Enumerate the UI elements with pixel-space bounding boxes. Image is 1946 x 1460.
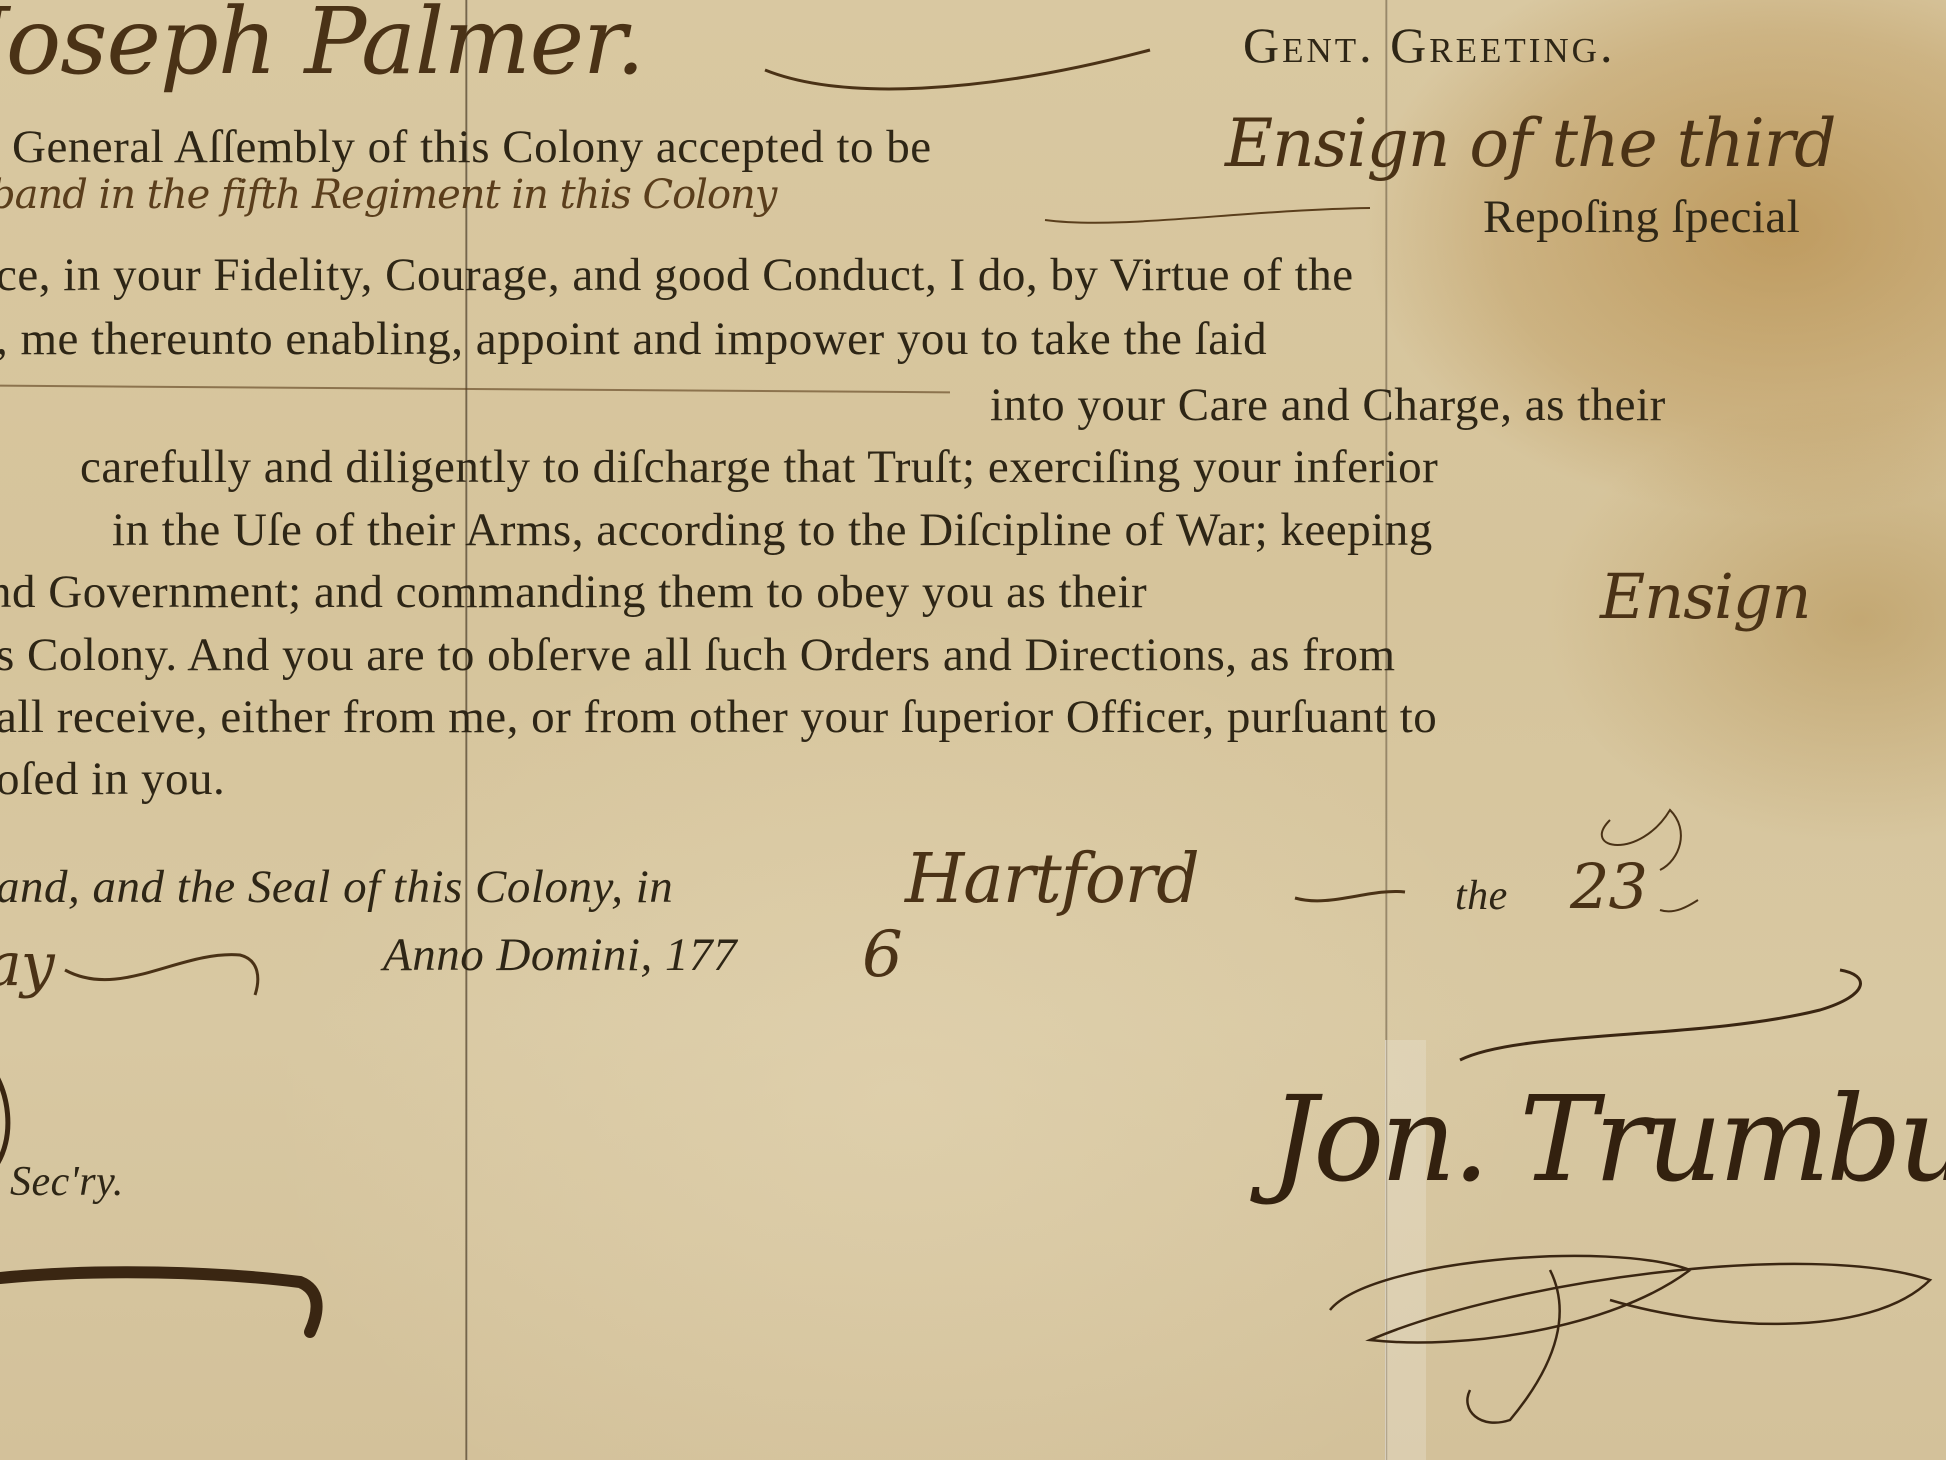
- commission-document: Joseph Palmer. Gent. Greeting. General A…: [0, 0, 1946, 1460]
- month-fragment-handwritten: ay: [0, 930, 54, 1000]
- printed-line-8: nd Government; and commanding them to ob…: [0, 565, 1147, 619]
- the-printed: the: [1455, 872, 1508, 920]
- recipient-name-handwritten: Joseph Palmer.: [0, 0, 644, 95]
- place-flourish-icon: [1290, 880, 1410, 910]
- anno-domini-printed: Anno Domini, 177: [383, 928, 737, 982]
- signature-paraph-flourish-icon: [1310, 1220, 1946, 1440]
- printed-line-10: all receive, either from me, or from oth…: [0, 690, 1437, 744]
- printed-line-6: carefully and diligently to diſcharge th…: [80, 440, 1438, 494]
- printed-line-5: into your Care and Charge, as their: [990, 378, 1666, 432]
- printed-line-3: ce, in your Fidelity, Courage, and good …: [0, 248, 1354, 302]
- ensign-handwritten: Ensign: [1600, 560, 1810, 633]
- gent-greeting-heading: Gent. Greeting.: [1243, 16, 1615, 74]
- printed-line-9: s Colony. And you are to obſerve all ſuc…: [0, 628, 1396, 682]
- printed-line-2: Repoſing ſpecial: [1483, 190, 1800, 244]
- rank-handwritten-line1: Ensign of the third: [1225, 105, 1836, 182]
- blank-fill-rule: [0, 385, 950, 394]
- secretary-label: Sec'ry.: [10, 1158, 124, 1206]
- printed-line-1: General Aſſembly of this Colony accepted…: [12, 120, 932, 174]
- dating-printed-line: and, and the Seal of this Colony, in: [0, 860, 673, 914]
- month-flourish-icon: [60, 940, 260, 1000]
- rank-handwritten-line2: band in the fifth Regiment in this Colon…: [0, 172, 776, 218]
- printed-line-4: , me thereunto enabling, appoint and imp…: [0, 312, 1267, 366]
- name-flourish-icon: [760, 40, 1160, 100]
- line-flourish-icon: [1040, 200, 1380, 230]
- year-digit-handwritten: 6: [862, 918, 902, 992]
- governor-signature: Jon. Trumbull: [1270, 1070, 1946, 1208]
- printed-line-7: in the Uſe of their Arms, according to t…: [112, 503, 1433, 557]
- place-handwritten: Hartford: [905, 840, 1199, 919]
- day-flourish-icon: [1580, 800, 1700, 920]
- printed-line-11: oſed in you.: [0, 752, 225, 806]
- secretary-signature-stroke-icon: [0, 1260, 330, 1340]
